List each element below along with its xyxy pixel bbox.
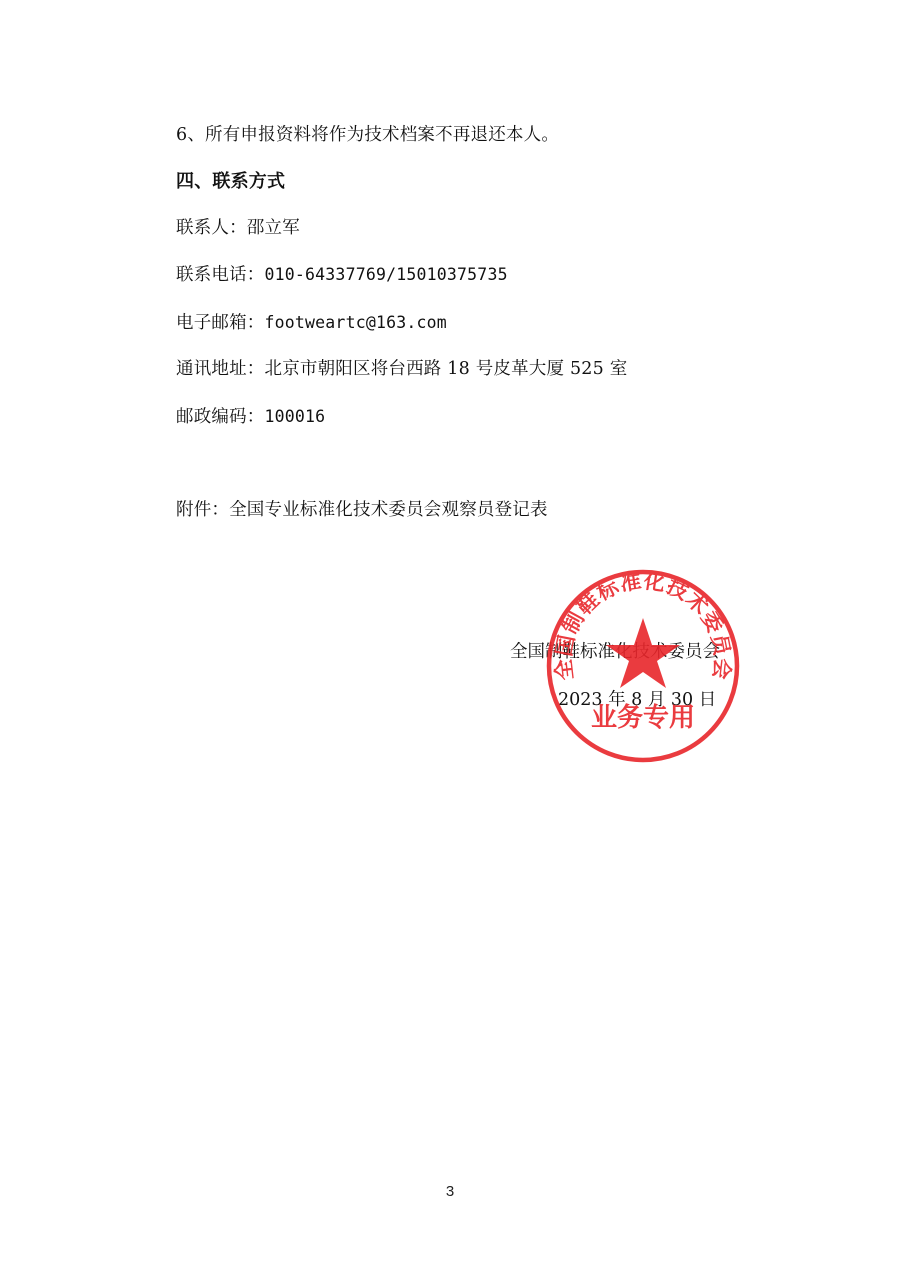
contact-postcode-label: 邮政编码： — [176, 407, 265, 427]
contact-email: 电子邮箱：footweartc@163.com — [176, 312, 447, 334]
contact-postcode: 邮政编码：100016 — [176, 406, 325, 428]
contact-phone-label: 联系电话： — [176, 265, 265, 285]
official-seal-icon: 全国制鞋标准化技术委员会 业务专用 — [543, 566, 743, 766]
contact-address-value: 北京市朝阳区将台西路 18 号皮革大厦 525 室 — [265, 359, 628, 379]
contact-phone: 联系电话：010-64337769/15010375735 — [176, 264, 508, 286]
contact-person-label: 联系人： — [176, 218, 247, 238]
item-6-text: 6、所有申报资料将作为技术档案不再退还本人。 — [176, 124, 559, 146]
contact-address-label: 通讯地址： — [176, 359, 265, 379]
contact-person: 联系人：邵立军 — [176, 217, 300, 239]
section-heading-contact: 四、联系方式 — [176, 171, 285, 193]
contact-person-value: 邵立军 — [247, 218, 300, 238]
attachment-line: 附件：全国专业标准化技术委员会观察员登记表 — [176, 499, 548, 521]
svg-text:业务专用: 业务专用 — [591, 702, 695, 733]
contact-postcode-value: 100016 — [265, 407, 326, 426]
contact-address: 通讯地址：北京市朝阳区将台西路 18 号皮革大厦 525 室 — [176, 358, 627, 380]
page-number: 3 — [0, 1183, 900, 1200]
contact-email-label: 电子邮箱： — [176, 313, 265, 333]
contact-phone-value: 010-64337769/15010375735 — [265, 265, 508, 284]
contact-email-value: footweartc@163.com — [265, 313, 447, 332]
